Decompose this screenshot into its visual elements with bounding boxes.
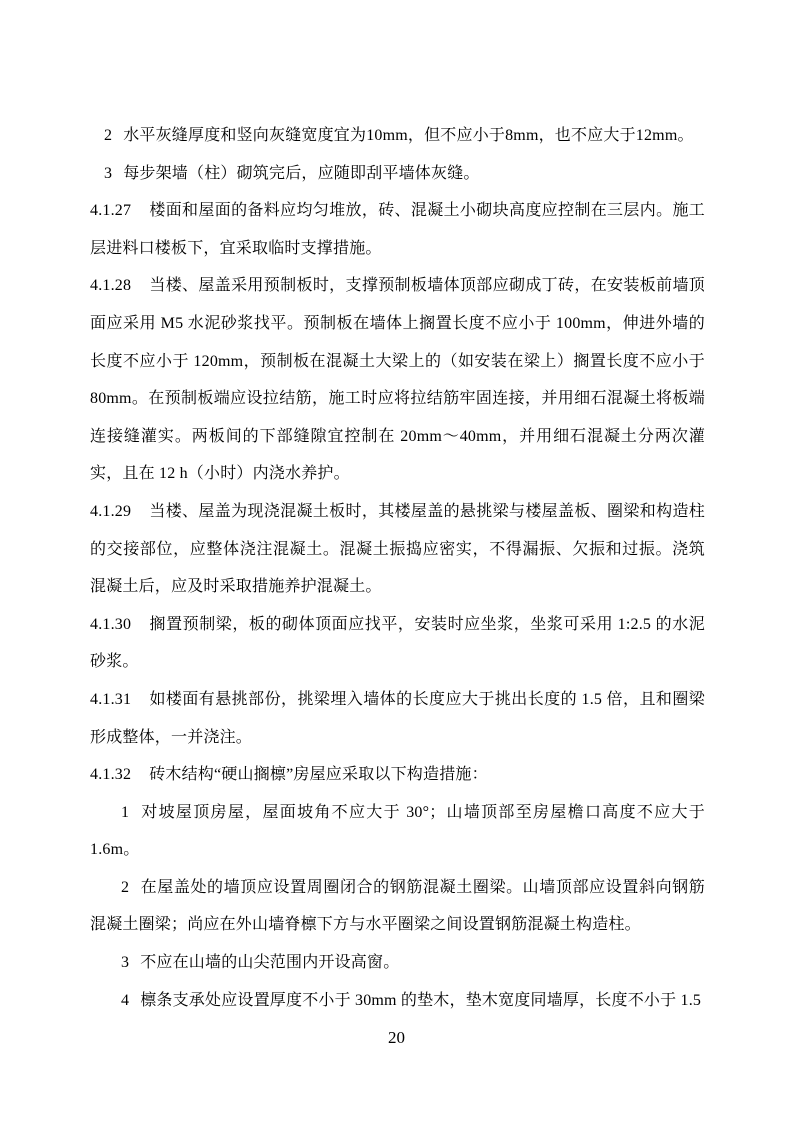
document-page: 2水平灰缝厚度和竖向灰缝宽度宜为10mm，但不应小于8mm，也不应大于12mm。… [0,0,793,1122]
clause-text: 当楼、屋盖为现浇混凝土板时，其楼屋盖的悬挑梁与楼屋盖板、圈梁和构造柱的交接部位，… [90,503,705,595]
clause-number: 4.1.31 [90,691,131,708]
list-item-2b: 2在屋盖处的墙顶应设置周圈闭合的钢筋混凝土圈梁。山墙顶部应设置斜向钢筋混凝土圈梁… [90,869,705,944]
clause-4-1-28: 4.1.28当楼、屋盖采用预制板时，支撑预制板墙体顶部应砌成丁砖，在安装板前墙顶… [90,267,705,493]
list-item-2: 2水平灰缝厚度和竖向灰缝宽度宜为10mm，但不应小于8mm，也不应大于12mm。 [90,117,705,155]
clause-4-1-30: 4.1.30搁置预制梁，板的砌体顶面应找平，安装时应坐浆，坐浆可采用 1:2.5… [90,606,705,681]
item-text: 在屋盖处的墙顶应设置周圈闭合的钢筋混凝土圈梁。山墙顶部应设置斜向钢筋混凝土圈梁；… [90,879,705,934]
item-number: 2 [121,879,129,896]
clause-4-1-27: 4.1.27楼面和屋面的备料应均匀堆放，砖、混凝土小砌块高度应控制在三层内。施工… [90,192,705,267]
item-number: 3 [121,954,129,971]
page-number: 20 [0,1026,793,1050]
item-number: 1 [121,804,129,821]
item-number: 4 [121,992,129,1009]
item-number: 2 [104,127,112,144]
item-text: 水平灰缝厚度和竖向灰缝宽度宜为10mm，但不应小于8mm，也不应大于12mm。 [123,127,693,144]
item-text: 每步架墙（柱）砌筑完后，应随即刮平墙体灰缝。 [123,165,479,182]
item-text: 对坡屋顶房屋，屋面坡角不应大于 30°；山墙顶部至房屋檐口高度不应大于 1.6m… [90,804,705,859]
item-text: 檩条支承处应设置厚度不小于 30mm 的垫木，垫木宽度同墙厚，长度不小于 1.5 [140,992,701,1009]
clause-number: 4.1.29 [90,503,131,520]
clause-text: 楼面和屋面的备料应均匀堆放，砖、混凝土小砌块高度应控制在三层内。施工层进料口楼板… [90,202,705,257]
clause-number: 4.1.27 [90,202,131,219]
clause-number: 4.1.30 [90,616,131,633]
list-item-1: 1对坡屋顶房屋，屋面坡角不应大于 30°；山墙顶部至房屋檐口高度不应大于 1.6… [90,794,705,869]
clause-text: 如楼面有悬挑部份，挑梁埋入墙体的长度应大于挑出长度的 1.5 倍，且和圈梁形成整… [90,691,705,746]
list-item-4: 4檩条支承处应设置厚度不小于 30mm 的垫木，垫木宽度同墙厚，长度不小于 1.… [90,982,705,1020]
list-item-3b: 3不应在山墙的山尖范围内开设高窗。 [90,944,705,982]
item-number: 3 [104,165,112,182]
clause-4-1-32: 4.1.32砖木结构“硬山搁檩”房屋应采取以下构造措施： [90,756,705,794]
clause-number: 4.1.32 [90,766,131,783]
clause-4-1-31: 4.1.31如楼面有悬挑部份，挑梁埋入墙体的长度应大于挑出长度的 1.5 倍，且… [90,681,705,756]
clause-text: 当楼、屋盖采用预制板时，支撑预制板墙体顶部应砌成丁砖，在安装板前墙顶面应采用 M… [90,277,705,482]
list-item-3: 3每步架墙（柱）砌筑完后，应随即刮平墙体灰缝。 [90,155,705,193]
clause-4-1-29: 4.1.29当楼、屋盖为现浇混凝土板时，其楼屋盖的悬挑梁与楼屋盖板、圈梁和构造柱… [90,493,705,606]
clause-text: 搁置预制梁，板的砌体顶面应找平，安装时应坐浆，坐浆可采用 1:2.5 的水泥砂浆… [90,616,705,671]
clause-number: 4.1.28 [90,277,131,294]
item-text: 不应在山墙的山尖范围内开设高窗。 [140,954,399,971]
clause-text: 砖木结构“硬山搁檩”房屋应采取以下构造措施： [149,766,488,783]
page-body: 2水平灰缝厚度和竖向灰缝宽度宜为10mm，但不应小于8mm，也不应大于12mm。… [90,117,705,1019]
